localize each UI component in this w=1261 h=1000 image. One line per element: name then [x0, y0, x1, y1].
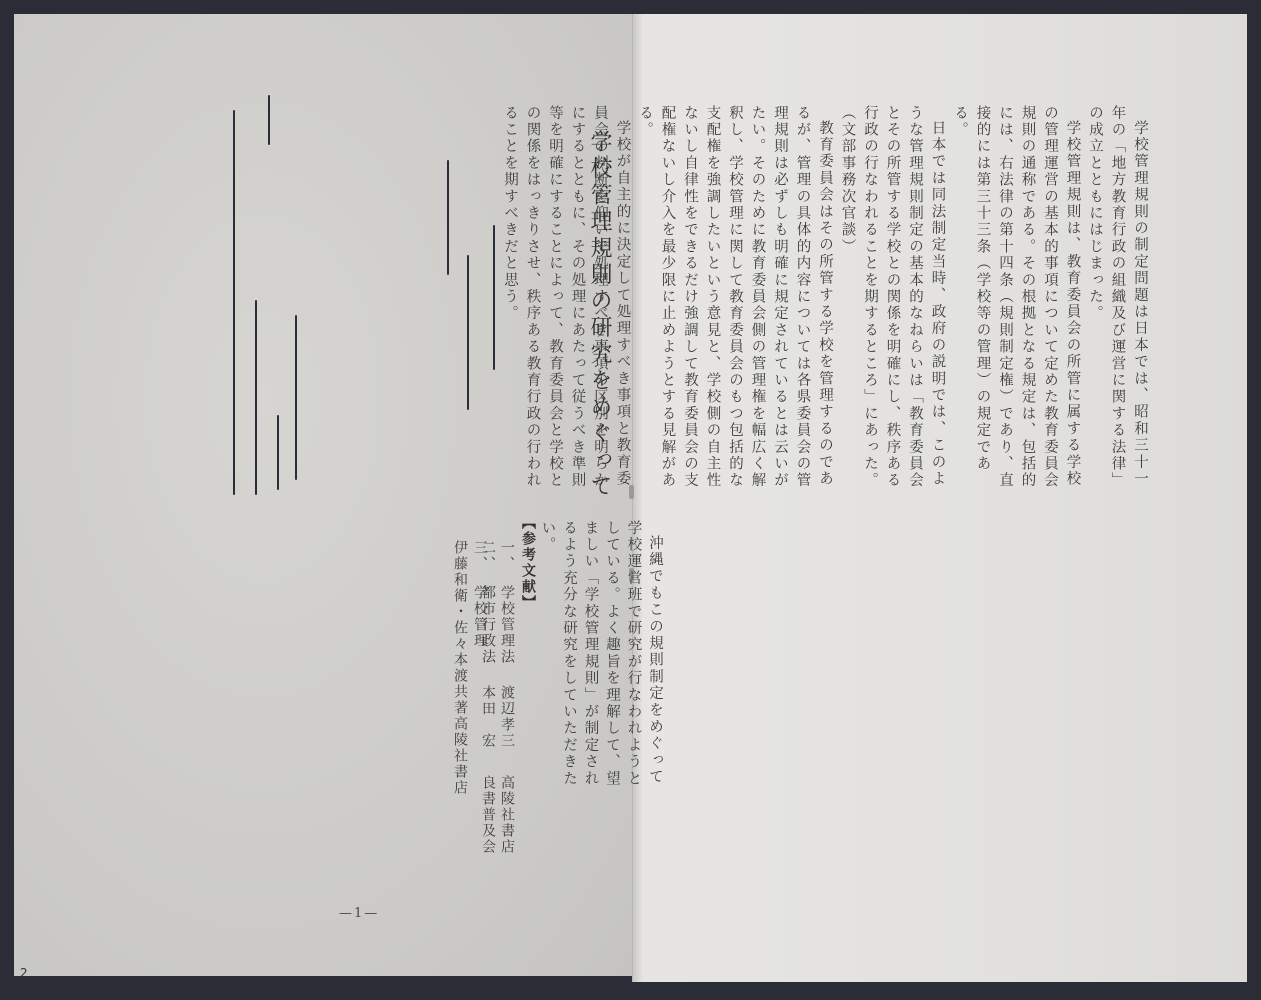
pen-mark	[493, 225, 495, 370]
pen-mark	[277, 415, 279, 490]
paragraph: 学校管理規則の制定問題は日本では、昭和三十一年の「地方教育行政の組織及び運営に関…	[1084, 105, 1152, 495]
pen-mark	[233, 110, 235, 495]
paragraph: 教育委員会はその所管する学校を管理するのであるが、管理の具体的内容については各県…	[634, 105, 837, 495]
paragraph: 学校が自主的に決定して処理すべき事項と教育委員会の判断を仰いで処理すべき事項の区…	[499, 105, 634, 495]
pen-mark	[268, 95, 270, 145]
paragraph: 学校管理規則は、教育委員会の所管に属する学校の管理運営の基本的事項について定めた…	[949, 105, 1084, 495]
pen-mark	[447, 160, 449, 275]
reference-item: 一、学校管理法渡辺孝三高陵社書店	[497, 540, 517, 855]
closing-text: 沖縄でもこの規則制定をめぐって学校運営班で研究が行なわれようとしている。よく趣旨…	[536, 520, 665, 800]
references-heading: 【参考文献】	[518, 515, 538, 611]
pen-mark	[295, 315, 297, 480]
page-number: —1—	[339, 906, 379, 921]
pen-mark	[255, 300, 257, 495]
paragraph: 日本では同法制定当時、政府の説明では、このような管理規則制定の基本的なねらいは「…	[836, 105, 949, 495]
handwritten-page-mark: 2	[20, 966, 28, 980]
closing-paragraph: 沖縄でもこの規則制定をめぐって学校運営班で研究が行なわれようとしている。よく趣旨…	[536, 520, 665, 800]
body-text: 学校管理規則の制定問題は日本では、昭和三十一年の「地方教育行政の組織及び運営に関…	[499, 105, 1152, 495]
pen-mark	[467, 255, 469, 410]
reference-item: 三、学校管理伊藤和衛・佐々本渡共著高陵社書店	[450, 540, 490, 840]
